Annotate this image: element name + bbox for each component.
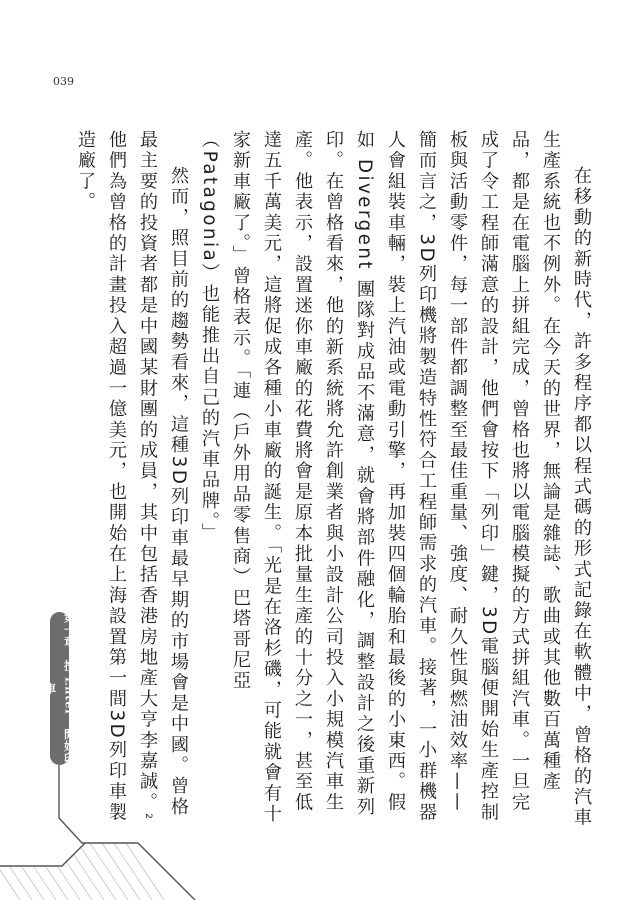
paragraph-1: 在移動的新時代，許多程序都以程式碼的形式記錄在軟體中，曾格的汽車生產系統也不例外… [194, 130, 597, 830]
page-number: 039 [53, 75, 74, 88]
chapter-tab-label: 第一章：按 Enter，開始印車 [41, 612, 79, 765]
chapter-tab: 第一章：按 Enter，開始印車 [50, 612, 69, 765]
paragraph-2: 然而，照目前的趨勢看來，這種3D列印車最早期的市場會是中國。曾格最主要的投資者都… [70, 130, 194, 830]
body-text: 在移動的新時代，許多程序都以程式碼的形式記錄在軟體中，曾格的汽車生產系統也不例外… [70, 130, 611, 830]
footnote-marker[interactable]: 2 [143, 813, 153, 821]
paragraph-2-text-a: 然而，照目前的趨勢看來，這種3D列印車最早期的市場會是中國。曾格最主要的投資者都… [137, 130, 189, 818]
paragraph-2-text-b: 他們為曾格的計畫投入超過一億美元，也開始在上海設置第一間3D列印車製造廠了。 [75, 130, 127, 823]
